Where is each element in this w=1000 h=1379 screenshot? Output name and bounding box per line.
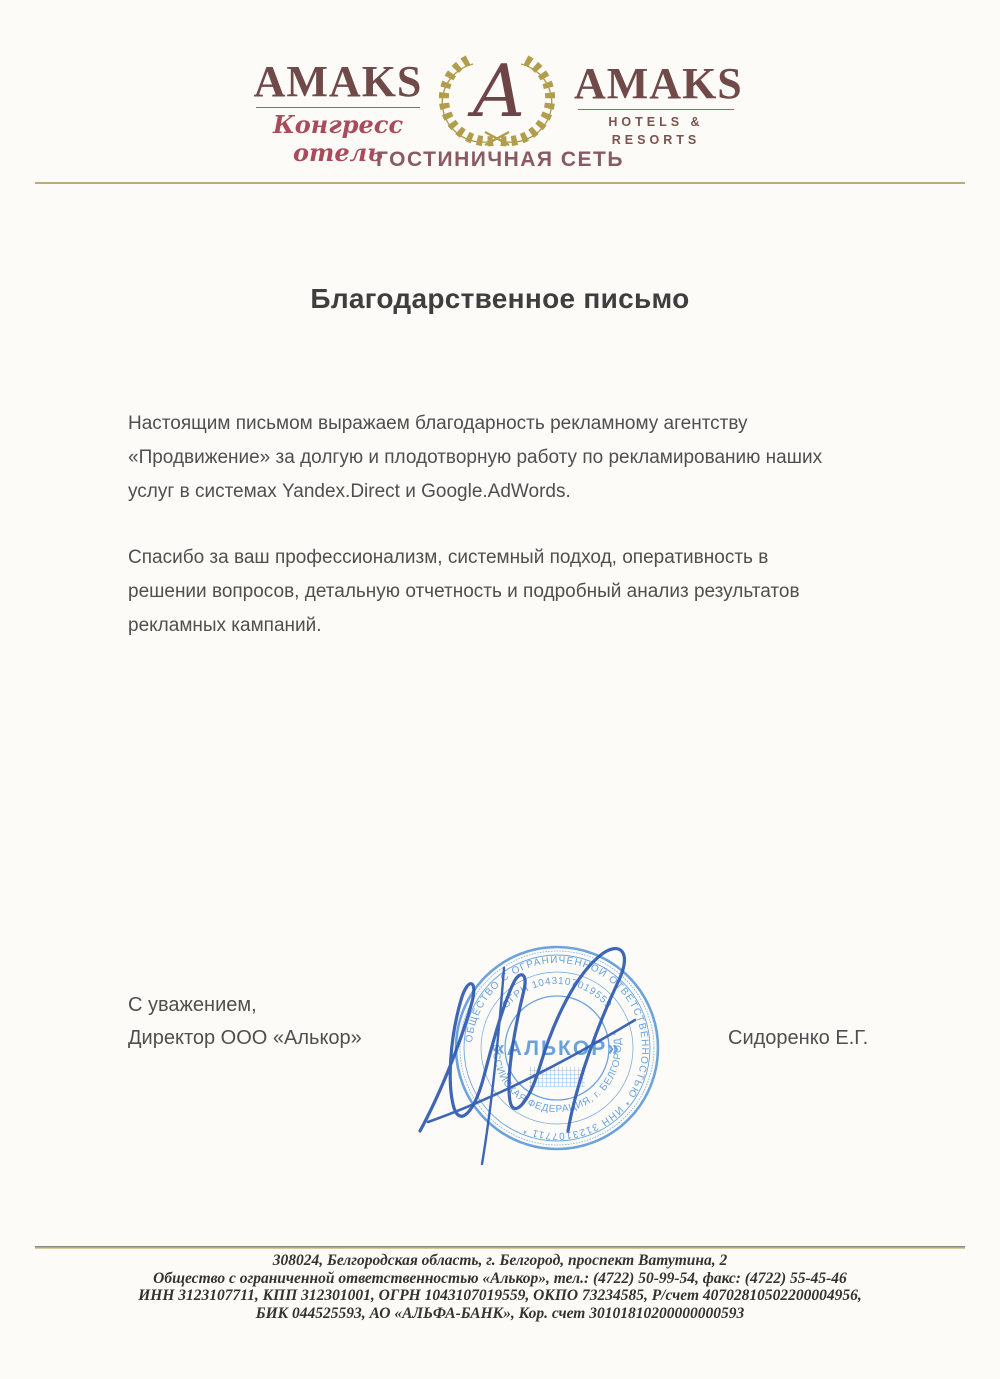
brand-right-subtitle: HOTELS & RESORTS xyxy=(574,113,738,149)
brand-right-name: AMAKS xyxy=(574,62,738,106)
footer-divider-line xyxy=(35,1246,965,1249)
body-line: Спасибо за ваш профессионализм, системны… xyxy=(128,541,928,575)
stamp-and-signature: ОБЩЕСТВО С ОГРАНИЧЕННОЙ ОТВЕТСТВЕННОСТЬЮ… xyxy=(398,926,728,1181)
hotel-chain-tagline: ГОСТИНИЧНАЯ СЕТЬ xyxy=(0,148,1000,172)
body-line: Настоящим письмом выражаем благодарность… xyxy=(128,407,928,441)
body-line: рекламных кампаний. xyxy=(128,609,928,643)
signer-name: Сидоренко Е.Г. xyxy=(728,1027,868,1050)
company-stamp-icon: ОБЩЕСТВО С ОГРАНИЧЕННОЙ ОТВЕТСТВЕННОСТЬЮ… xyxy=(398,926,728,1176)
footer-line-address: 308024, Белгородская область, г. Белгоро… xyxy=(60,1252,940,1270)
letter-page: AMAKS Конгресс отель A AMAKS HOTELS & RE… xyxy=(0,0,1000,1379)
closing-line: С уважением, xyxy=(128,994,257,1017)
letter-paragraph-1: Настоящим письмом выражаем благодарность… xyxy=(128,407,928,509)
stamp-ring-inner-top-text: ОГРН 1043107019559 xyxy=(500,976,614,1011)
letter-title: Благодарственное письмо xyxy=(0,283,1000,315)
body-line: услуг в системах Yandex.Direct и Google.… xyxy=(128,475,928,509)
letter-paragraph-2: Спасибо за ваш профессионализм, системны… xyxy=(128,541,928,643)
brand-left-rule xyxy=(256,107,420,108)
laurel-wreath-emblem: A xyxy=(433,46,561,155)
footer-line-company-phone: Общество с ограниченной ответственностью… xyxy=(60,1270,940,1288)
laurel-wreath-icon: A xyxy=(433,46,561,150)
brand-left-name: AMAKS xyxy=(252,60,424,104)
header-divider-line xyxy=(35,182,965,184)
body-line: решении вопросов, детальную отчетность и… xyxy=(128,575,928,609)
footer-company-details: 308024, Белгородская область, г. Белгоро… xyxy=(60,1252,940,1322)
footer-line-inn-ogrn: ИНН 3123107711, КПП 312301001, ОГРН 1043… xyxy=(60,1287,940,1305)
footer-line-bank: БИК 044525593, АО «АЛЬФА-БАНК», Кор. сче… xyxy=(60,1305,940,1323)
brand-right-rule xyxy=(578,109,734,110)
signer-title: Директор ООО «Алькор» xyxy=(128,1027,362,1050)
emblem-monogram: A xyxy=(467,49,525,133)
brand-right-logo: AMAKS HOTELS & RESORTS xyxy=(574,62,738,149)
body-line: «Продвижение» за долгую и плодотворную р… xyxy=(128,441,928,475)
